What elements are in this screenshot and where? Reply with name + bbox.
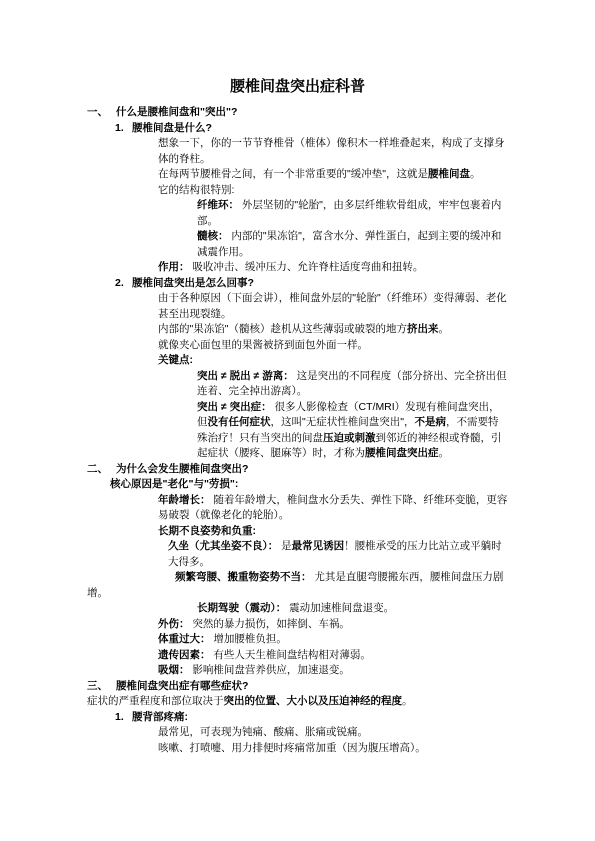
text: 。 — [402, 695, 413, 707]
paragraph: 核心原因是"老化"与"劳损": — [110, 477, 508, 493]
bold-text: 纤维环： — [197, 199, 239, 211]
text: 。 — [439, 447, 450, 459]
bold-text: 突出 ≠ 脱出 ≠ 游离： — [197, 370, 294, 382]
text: 内部的"果冻馅"（髓核）趁机从这些薄弱或破裂的地方 — [158, 323, 407, 335]
text: ，这叫"无症状性椎间盘突出"， — [271, 416, 415, 428]
bold-text: 外伤： — [158, 618, 190, 630]
document-body: 一、什么是腰椎间盘和"突出"?1.腰椎间盘是什么?想象一下，你的一节节脊椎骨（椎… — [87, 105, 508, 756]
paragraph: 内部的"果冻馅"（髓核）趁机从这些薄弱或破裂的地方挤出来。 — [158, 322, 508, 338]
bold-text: 为什么会发生腰椎间盘突出? — [116, 463, 248, 475]
bold-text: 没有任何症状 — [208, 416, 271, 428]
bold-text: 长期不良姿势和负重: — [158, 525, 256, 537]
bold-text: 髓核： — [197, 230, 229, 242]
numbered-heading: 1.腰椎间盘是什么? — [115, 121, 508, 137]
text: 。 — [438, 323, 449, 335]
list-marker: 三、 — [87, 679, 116, 695]
text: 是 — [278, 540, 291, 552]
paragraph: 突出 ≠ 突出症： 很多人影像检查（CT/MRI）发现有椎间盘突出，但没有任何症… — [197, 400, 508, 462]
heading-text: 什么是腰椎间盘和"突出"? — [116, 105, 508, 121]
text: 突然的暴力损伤，如摔倒、车祸。 — [190, 618, 350, 630]
text: 增加腰椎负担。 — [211, 633, 287, 645]
paragraph: 最常见，可表现为钝痛、酸痛、胀痛或锐痛。 — [158, 725, 508, 741]
bold-text: 腰椎间盘突出症 — [365, 447, 439, 459]
section-heading: 二、为什么会发生腰椎间盘突出? — [87, 462, 508, 478]
heading-text: 腰椎间盘是什么? — [132, 121, 508, 137]
paragraph: 久坐（尤其坐姿不良）： 是最常见诱因！腰椎承受的压力比站立或平躺时大得多。 — [168, 539, 508, 570]
text: 想象一下，你的一节节脊椎骨（椎体）像积木一样堆叠起来，构成了支撑身体的脊柱。 — [158, 137, 505, 165]
text: 咳嗽、打喷嚏、用力排便时疼痛常加重（因为腹压增高）。 — [158, 742, 426, 754]
paragraph: 症状的严重程度和部位取决于突出的位置、大小以及压迫神经的程度。 — [87, 694, 508, 710]
bold-text: 久坐（尤其坐姿不良）： — [168, 540, 278, 552]
paragraph: 它的结构很特别: — [158, 183, 508, 199]
bold-text: 吸烟： — [158, 664, 190, 676]
bold-text: 腰椎间盘突出是怎么回事? — [132, 277, 254, 289]
bold-text: 作用： — [158, 261, 190, 273]
text: 随着年龄增大，椎间盘水分丢失、弹性下降、纤维环变脆，更容易破裂（就像老化的轮胎）… — [158, 494, 507, 522]
text: 有些人天生椎间盘结构相对薄弱。 — [211, 649, 371, 661]
bold-text: 体重过大： — [158, 633, 211, 645]
paragraph: 髓核： 内部的"果冻馅"，富含水分、弹性蛋白，起到主要的缓冲和减震作用。 — [197, 229, 508, 260]
text: 影响椎间盘营养供应，加速退变。 — [190, 664, 350, 676]
text: 就像夹心面包里的果酱被挤到面包外面一样。 — [158, 339, 368, 351]
paragraph: 遗传因素： 有些人天生椎间盘结构相对薄弱。 — [158, 648, 508, 664]
text: 在每两节腰椎骨之间，有一个非常重要的"缓冲垫"，这就是 — [158, 168, 428, 180]
paragraph: 就像夹心面包里的果酱被挤到面包外面一样。 — [158, 338, 508, 354]
document-page: 腰椎间盘突出症科普 一、什么是腰椎间盘和"突出"?1.腰椎间盘是什么?想象一下，… — [0, 0, 595, 841]
paragraph: 咳嗽、打喷嚏、用力排便时疼痛常加重（因为腹压增高）。 — [158, 741, 508, 757]
paragraph: 在每两节腰椎骨之间，有一个非常重要的"缓冲垫"，这就是腰椎间盘。 — [158, 167, 508, 183]
paragraph: 年龄增长： 随着年龄增大，椎间盘水分丢失、弹性下降、纤维环变脆，更容易破裂（就像… — [158, 493, 508, 524]
bold-text: 频繁弯腰、搬重物姿势不当： — [175, 571, 312, 583]
paragraph: 吸烟： 影响椎间盘营养供应，加速退变。 — [158, 663, 508, 679]
paragraph: 由于各种原因（下面会讲），椎间盘外层的"轮胎"（纤维环）变得薄弱、老化甚至出现裂… — [158, 291, 508, 322]
heading-text: 腰椎间盘突出症有哪些症状? — [116, 679, 508, 695]
text: 吸收冲击、缓冲压力、允许脊柱适度弯曲和扭转。 — [190, 261, 424, 273]
list-marker: 1. — [115, 710, 132, 726]
numbered-heading: 2.腰椎间盘突出是怎么回事? — [115, 276, 508, 292]
bold-text: 不是病 — [414, 416, 446, 428]
text: 内部的"果冻馅"，富含水分、弹性蛋白，起到主要的缓冲和减震作用。 — [197, 230, 501, 258]
paragraph: 长期驾驶（震动）： 震动加速椎间盘退变。 — [197, 601, 508, 617]
paragraph: 想象一下，你的一节节脊椎骨（椎体）像积木一样堆叠起来，构成了支撑身体的脊柱。 — [158, 136, 508, 167]
text: 震动加速椎间盘退变。 — [286, 602, 394, 614]
heading-text: 为什么会发生腰椎间盘突出? — [116, 462, 508, 478]
document-title: 腰椎间盘突出症科普 — [87, 76, 508, 97]
list-marker: 1. — [115, 121, 132, 137]
paragraph: 纤维环： 外层坚韧的"轮胎"，由多层纤维软骨组成，牢牢包裹着内部。 — [197, 198, 508, 229]
paragraph: 频繁弯腰、搬重物姿势不当： 尤其是直腿弯腰搬东西，腰椎间盘压力剧增。 — [87, 570, 508, 601]
bold-text: 年龄增长： — [158, 494, 211, 506]
bold-text: 最常见诱因 — [292, 540, 345, 552]
bold-text: 什么是腰椎间盘和"突出"? — [116, 106, 237, 118]
bold-text: 核心原因是"老化"与"劳损": — [110, 478, 238, 490]
list-marker: 一、 — [87, 105, 116, 121]
bold-text: 腰椎间盘是什么? — [132, 122, 212, 134]
bold-text: 压迫或刺激 — [323, 432, 376, 444]
text: 由于各种原因（下面会讲），椎间盘外层的"轮胎"（纤维环）变得薄弱、老化甚至出现裂… — [158, 292, 507, 320]
text: 最常见，可表现为钝痛、酸痛、胀痛或锐痛。 — [158, 726, 368, 738]
paragraph: 外伤： 突然的暴力损伤，如摔倒、车祸。 — [158, 617, 508, 633]
bold-text: 关键点: — [158, 354, 193, 366]
text: 症状的严重程度和部位取决于 — [87, 695, 224, 707]
bold-text: 长期驾驶（震动）： — [197, 602, 286, 614]
text: 外层坚韧的"轮胎"，由多层纤维软骨组成，牢牢包裹着内部。 — [197, 199, 501, 227]
paragraph: 体重过大： 增加腰椎负担。 — [158, 632, 508, 648]
bold-text: 突出 ≠ 突出症： — [197, 401, 272, 413]
bold-text: 腰椎间盘突出症有哪些症状? — [116, 680, 248, 692]
section-heading: 一、什么是腰椎间盘和"突出"? — [87, 105, 508, 121]
bold-text: 突出的位置、大小以及压迫神经的程度 — [224, 695, 403, 707]
paragraph: 长期不良姿势和负重: — [158, 524, 508, 540]
heading-text: 腰背部疼痛: — [132, 710, 508, 726]
list-marker: 2. — [115, 276, 132, 292]
paragraph: 作用： 吸收冲击、缓冲压力、允许脊柱适度弯曲和扭转。 — [158, 260, 508, 276]
numbered-heading: 1.腰背部疼痛: — [115, 710, 508, 726]
bold-text: 遗传因素： — [158, 649, 211, 661]
paragraph: 突出 ≠ 脱出 ≠ 游离： 这是突出的不同程度（部分挤出、完全挤出但连着、完全掉… — [197, 369, 508, 400]
bold-text: 腰椎间盘 — [428, 168, 470, 180]
list-marker: 二、 — [87, 462, 116, 478]
paragraph: 关键点: — [158, 353, 508, 369]
bold-text: 腰背部疼痛: — [132, 711, 188, 723]
section-heading: 三、腰椎间盘突出症有哪些症状? — [87, 679, 508, 695]
bold-text: 挤出来 — [407, 323, 439, 335]
text: 它的结构很特别: — [158, 184, 234, 196]
heading-text: 腰椎间盘突出是怎么回事? — [132, 276, 508, 292]
text: 。 — [470, 168, 481, 180]
